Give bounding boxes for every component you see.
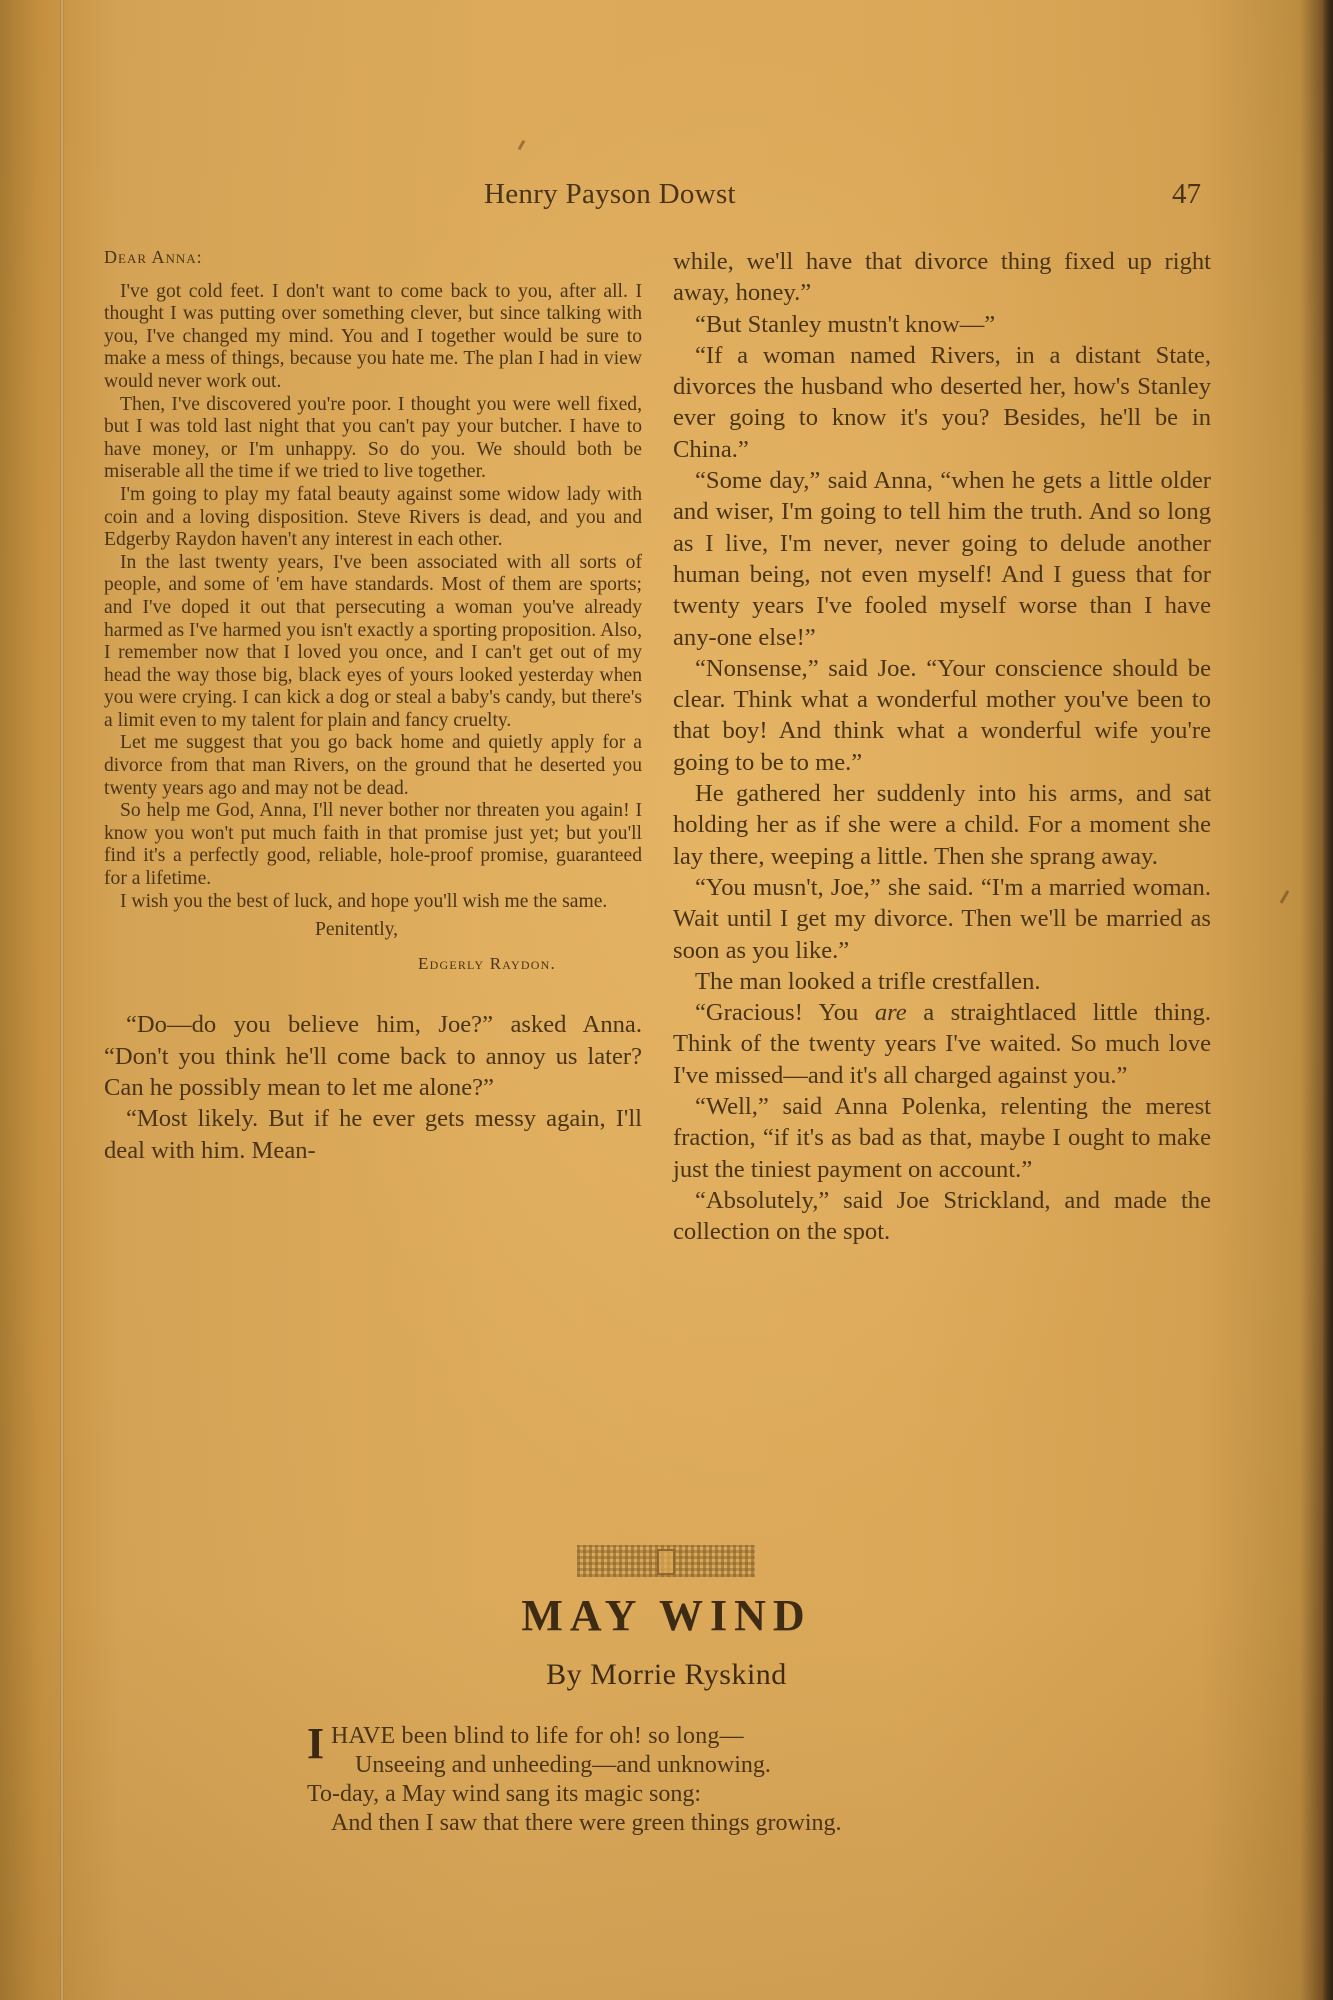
page-number: 47 [1172,178,1201,211]
prose-paragraph: “Do—do you believe him, Joe?” asked Anna… [104,1009,642,1103]
prose-paragraph: The man looked a trifle crestfallen. [673,966,1211,997]
poem-line: And then I saw that there were green thi… [307,1809,1087,1838]
page-edge-shadow [1323,0,1333,2000]
letter-paragraph: In the last twenty years, I've been asso… [104,552,642,733]
magazine-page: Henry Payson Dowst 47 Dear Anna: I've go… [0,0,1333,2000]
running-header: Henry Payson Dowst 47 [0,178,1333,214]
poem-line: Unseeing and unheeding—and unknowing. [307,1751,1087,1780]
binding-gutter [60,0,64,2000]
poem-byline: By Morrie Ryskind [0,1658,1333,1692]
poem-line: To-day, a May wind sang its magic song: [307,1780,1087,1809]
letter-block: Dear Anna: I've got cold feet. I don't w… [104,246,642,975]
prose-paragraph-gracious: “Gracious! You are a straightlaced littl… [673,997,1211,1091]
prose-text: “Gracious! You [695,999,875,1026]
poem-line: I HAVE been blind to life for oh! so lon… [307,1722,1087,1751]
poem-line-text: HAVE been blind to life for oh! so long— [331,1723,744,1749]
prose-paragraph: “You musn't, Joe,” she said. “I'm a marr… [673,872,1211,966]
prose-paragraph: “Some day,” said Anna, “when he gets a l… [673,465,1211,653]
prose-paragraph: “Nonsense,” said Joe. “Your conscience s… [673,653,1211,778]
prose-paragraph: “If a woman named Rivers, in a distant S… [673,340,1211,465]
drop-cap: I [307,1722,324,1766]
decorative-ornament-icon [577,1545,755,1577]
prose-paragraph: “Well,” said Anna Polenka, relenting the… [673,1091,1211,1185]
story-prose-left: “Do—do you believe him, Joe?” asked Anna… [104,1009,642,1165]
left-column: Dear Anna: I've got cold feet. I don't w… [104,246,642,1166]
running-title: Henry Payson Dowst [484,178,736,211]
prose-paragraph: He gathered her suddenly into his arms, … [673,778,1211,872]
letter-salutation: Dear Anna: [104,246,642,269]
story-prose-right: while, we'll have that divorce thing fix… [673,246,1211,1248]
prose-paragraph: “But Stanley mustn't know—” [673,309,1211,340]
prose-paragraph: while, we'll have that divorce thing fix… [673,246,1211,309]
prose-paragraph: “Absolutely,” said Joe Strickland, and m… [673,1185,1211,1248]
letter-paragraph: Let me suggest that you go back home and… [104,732,642,800]
letter-paragraph: Then, I've discovered you're poor. I tho… [104,394,642,484]
ink-speck [1280,890,1290,904]
prose-emphasis: are [875,999,907,1026]
ink-speck [518,140,526,150]
letter-paragraph: I'm going to play my fatal beauty agains… [104,484,642,552]
letter-paragraph: So help me God, Anna, I'll never bother … [104,800,642,890]
letter-closing: Penitently, [104,919,642,942]
letter-signature: Edgerly Raydon. [104,953,642,976]
right-column: while, we'll have that divorce thing fix… [673,246,1211,1248]
letter-paragraph: I wish you the best of luck, and hope yo… [104,891,642,914]
poem-body: I HAVE been blind to life for oh! so lon… [307,1722,1087,1838]
poem-title: MAY WIND [0,1590,1333,1641]
prose-paragraph: “Most likely. But if he ever gets messy … [104,1103,642,1166]
letter-paragraph: I've got cold feet. I don't want to come… [104,281,642,394]
